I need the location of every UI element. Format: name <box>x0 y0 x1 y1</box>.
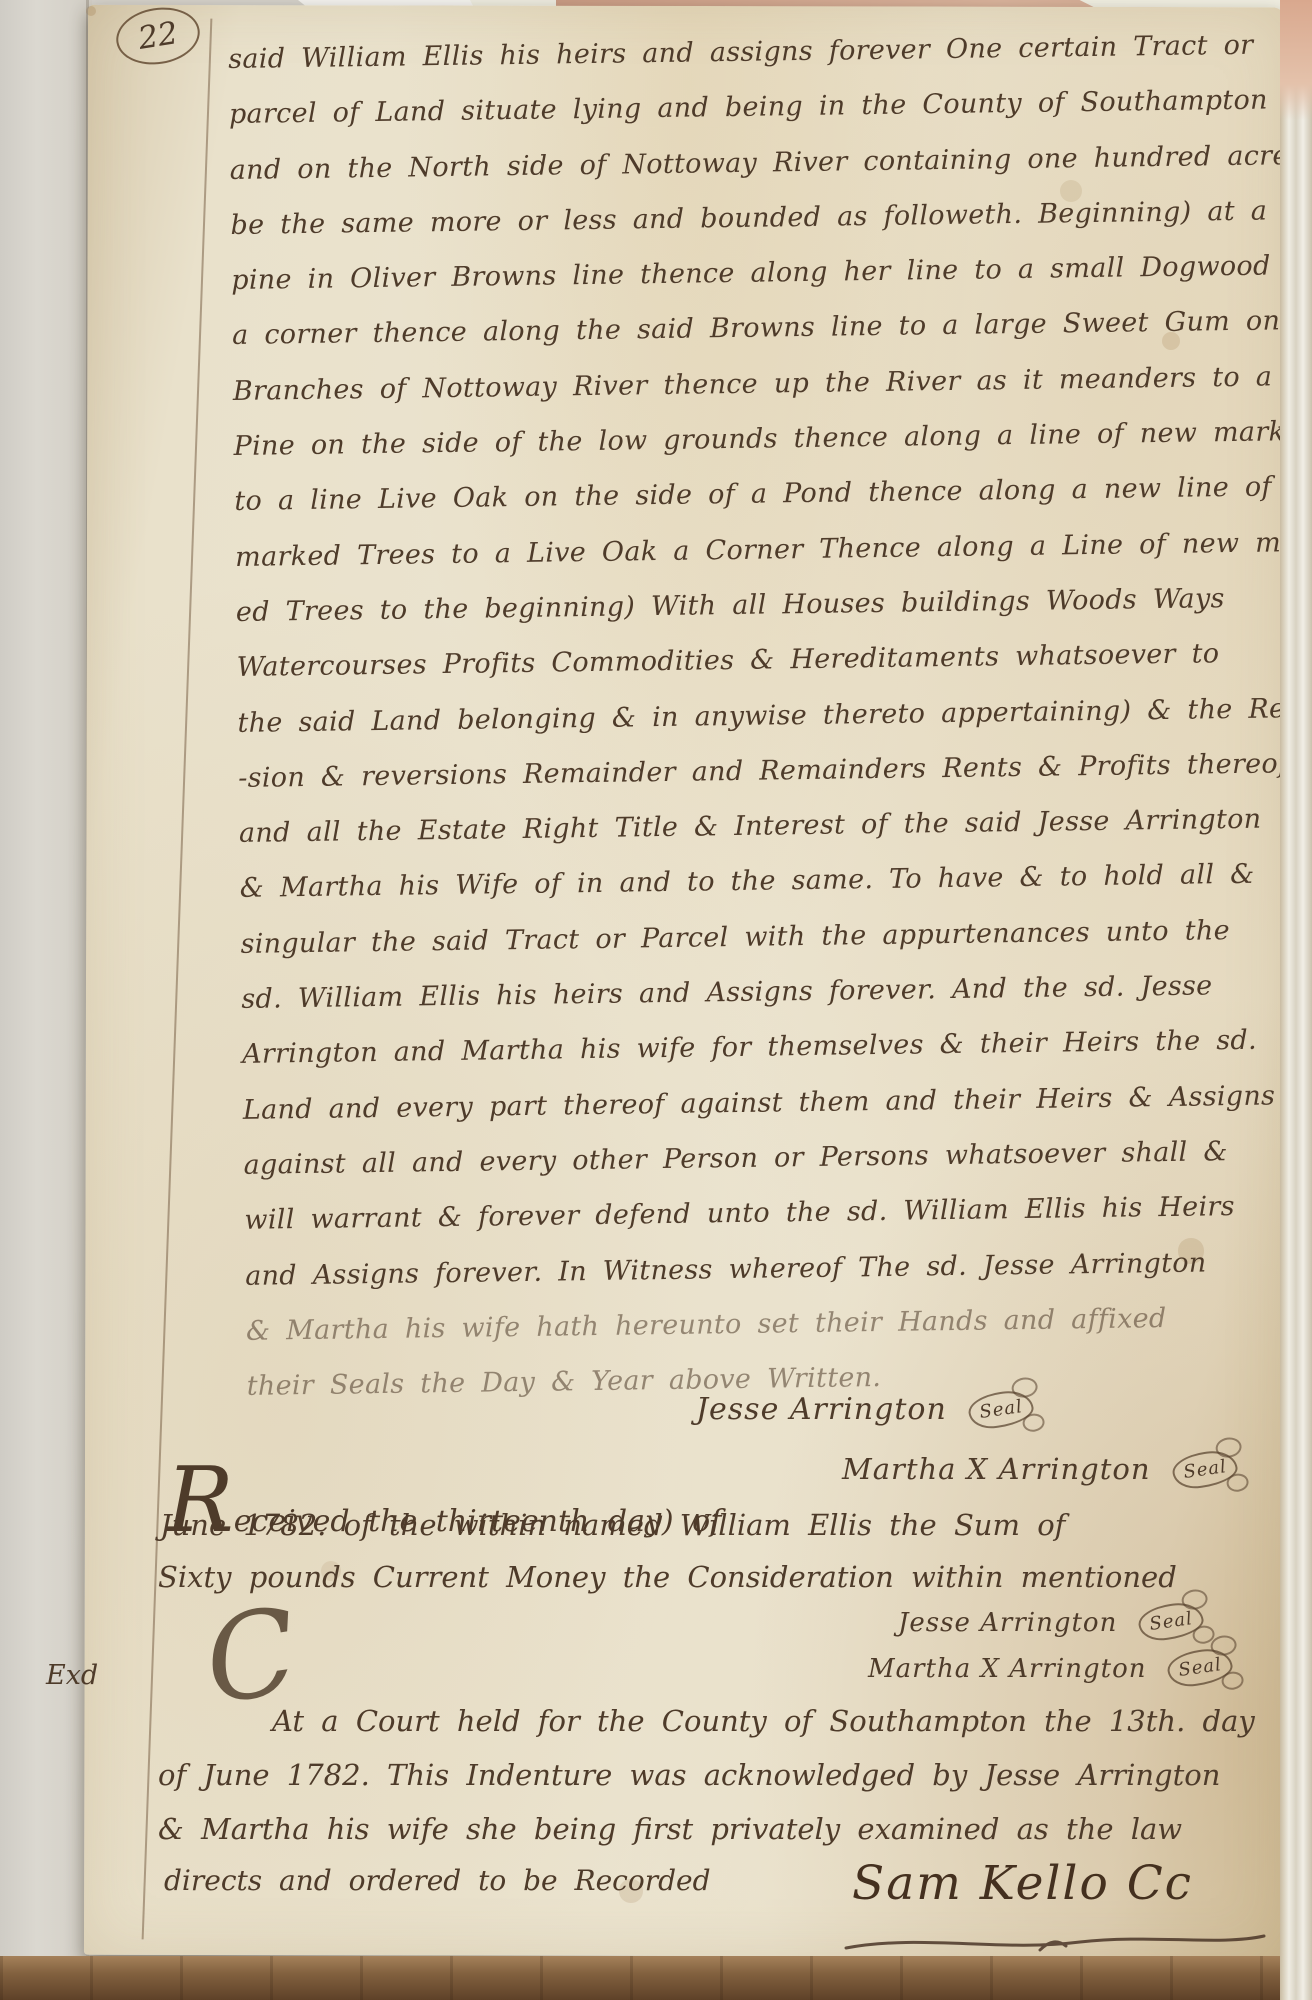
seal-mark: Seal <box>1170 1448 1240 1492</box>
signature-name: Martha X Arrington <box>868 1654 1146 1684</box>
signature-jesse-arrington-receipt: Jesse Arrington Seal <box>898 1608 1204 1643</box>
book-page-edges-top <box>1280 0 1312 120</box>
paper-stains <box>86 6 96 16</box>
court-text-line: & Martha his wife she being first privat… <box>158 1812 1182 1846</box>
signature-name: Jesse Arrington <box>696 1392 947 1427</box>
court-text-line: of June 1782. This Indenture was acknowl… <box>158 1758 1220 1792</box>
signature-name: Martha X Arrington <box>842 1452 1151 1486</box>
court-text-line: At a Court held for the County of Southa… <box>272 1704 1255 1738</box>
page-number-value: 22 <box>136 15 181 57</box>
signature-martha-arrington-receipt: Martha X Arrington Seal <box>868 1654 1233 1689</box>
court-text-line: directs and ordered to be Recorded <box>164 1864 711 1897</box>
signature-jesse-arrington: Jesse Arrington Seal <box>696 1392 1035 1431</box>
receipt-text-line: Sixty pounds Current Money the Considera… <box>158 1560 1177 1594</box>
flourish-c: C <box>199 1600 302 1712</box>
receipt-text-line: June 1782. of the within named William E… <box>160 1508 1065 1542</box>
signature-name: Jesse Arrington <box>898 1608 1117 1638</box>
book-page-edges <box>1280 0 1312 2000</box>
underlying-page-edge <box>0 0 92 2000</box>
signature-clerk-sam-kello: Sam Kello Cc <box>852 1856 1193 1911</box>
signature-martha-arrington: Martha X Arrington Seal <box>842 1452 1238 1491</box>
deed-body: said William Ellis his heirs and assigns… <box>228 29 1307 1426</box>
margin-note-exd: Exd <box>46 1660 98 1691</box>
wood-grain <box>0 1956 1312 2000</box>
signature-underline-flourish <box>840 1928 1270 1956</box>
seal-mark: Seal <box>967 1388 1037 1432</box>
